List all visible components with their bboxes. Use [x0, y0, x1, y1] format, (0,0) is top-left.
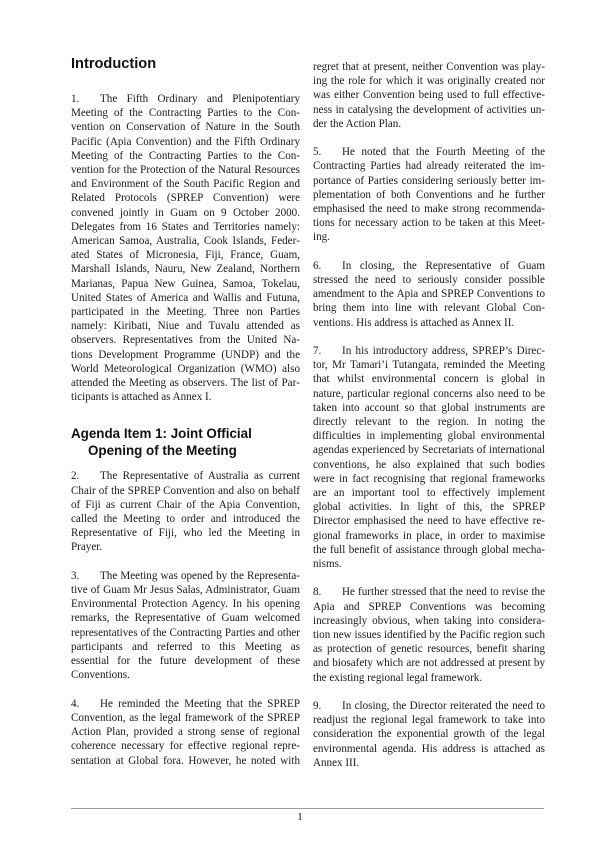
paragraph-number: 1.	[71, 92, 100, 106]
right-column: regret that at present, neither Conventi…	[313, 60, 545, 784]
section-heading-introduction: Introduction	[71, 56, 156, 72]
paragraph-number: 5.	[313, 145, 342, 159]
paragraph-number: 4.	[71, 697, 100, 711]
paragraph-5: 5.He noted that the Fourth Meeting of th…	[313, 145, 545, 244]
paragraph-number: 7.	[313, 344, 342, 358]
paragraph-4: 4.He reminded the Meeting that the SPREP…	[71, 697, 300, 768]
paragraph-text: In his introductory address, SPREP’s Dir…	[313, 345, 545, 570]
document-page: Introduction 1.The Fifth Ordinary and Pl…	[0, 0, 600, 849]
paragraph-9: 9.In closing, the Director reiterated th…	[313, 699, 545, 770]
paragraph-number: 2.	[71, 469, 100, 483]
paragraph-text: In closing, the Representative of Guam s…	[313, 260, 545, 329]
left-column: 1.The Fifth Ordinary and Plenipotentiary…	[71, 92, 300, 782]
paragraph-number: 9.	[313, 699, 342, 713]
paragraph-number: 3.	[71, 569, 100, 583]
paragraph-2: 2.The Representative of Australia as cur…	[71, 469, 300, 554]
paragraph-3: 3.The Meeting was opened by the Represen…	[71, 569, 300, 683]
paragraph-text: He further stressed that the need to rev…	[313, 586, 545, 683]
page-number: 1	[0, 811, 600, 823]
paragraph-text: The Fifth Ordinary and Plenipotentiary M…	[71, 93, 300, 403]
paragraph-6: 6.In closing, the Representative of Guam…	[313, 259, 545, 330]
paragraph-text: In closing, the Director reiterated the …	[313, 700, 545, 769]
paragraph-text: He reminded the Meeting that the SPREP C…	[71, 698, 300, 767]
footer-divider	[71, 808, 544, 809]
paragraph-text: The Meeting was opened by the Representa…	[71, 570, 300, 681]
paragraph-number: 8.	[313, 585, 342, 599]
paragraph-8: 8.He further stressed that the need to r…	[313, 585, 545, 684]
paragraph-4-continued: regret that at present, neither Conventi…	[313, 60, 545, 131]
paragraph-text: He noted that the Fourth Meeting of the …	[313, 146, 545, 243]
section-heading-agenda-item-1: Agenda Item 1: Joint Official Opening of…	[71, 426, 300, 459]
paragraph-number: 6.	[313, 259, 342, 273]
paragraph-7: 7.In his introductory address, SPREP’s D…	[313, 344, 545, 571]
agenda-heading-wrap: Agenda Item 1: Joint Official Opening of…	[71, 426, 300, 459]
paragraph-1: 1.The Fifth Ordinary and Plenipotentiary…	[71, 92, 300, 404]
paragraph-text: The Representative of Australia as curre…	[71, 470, 300, 553]
